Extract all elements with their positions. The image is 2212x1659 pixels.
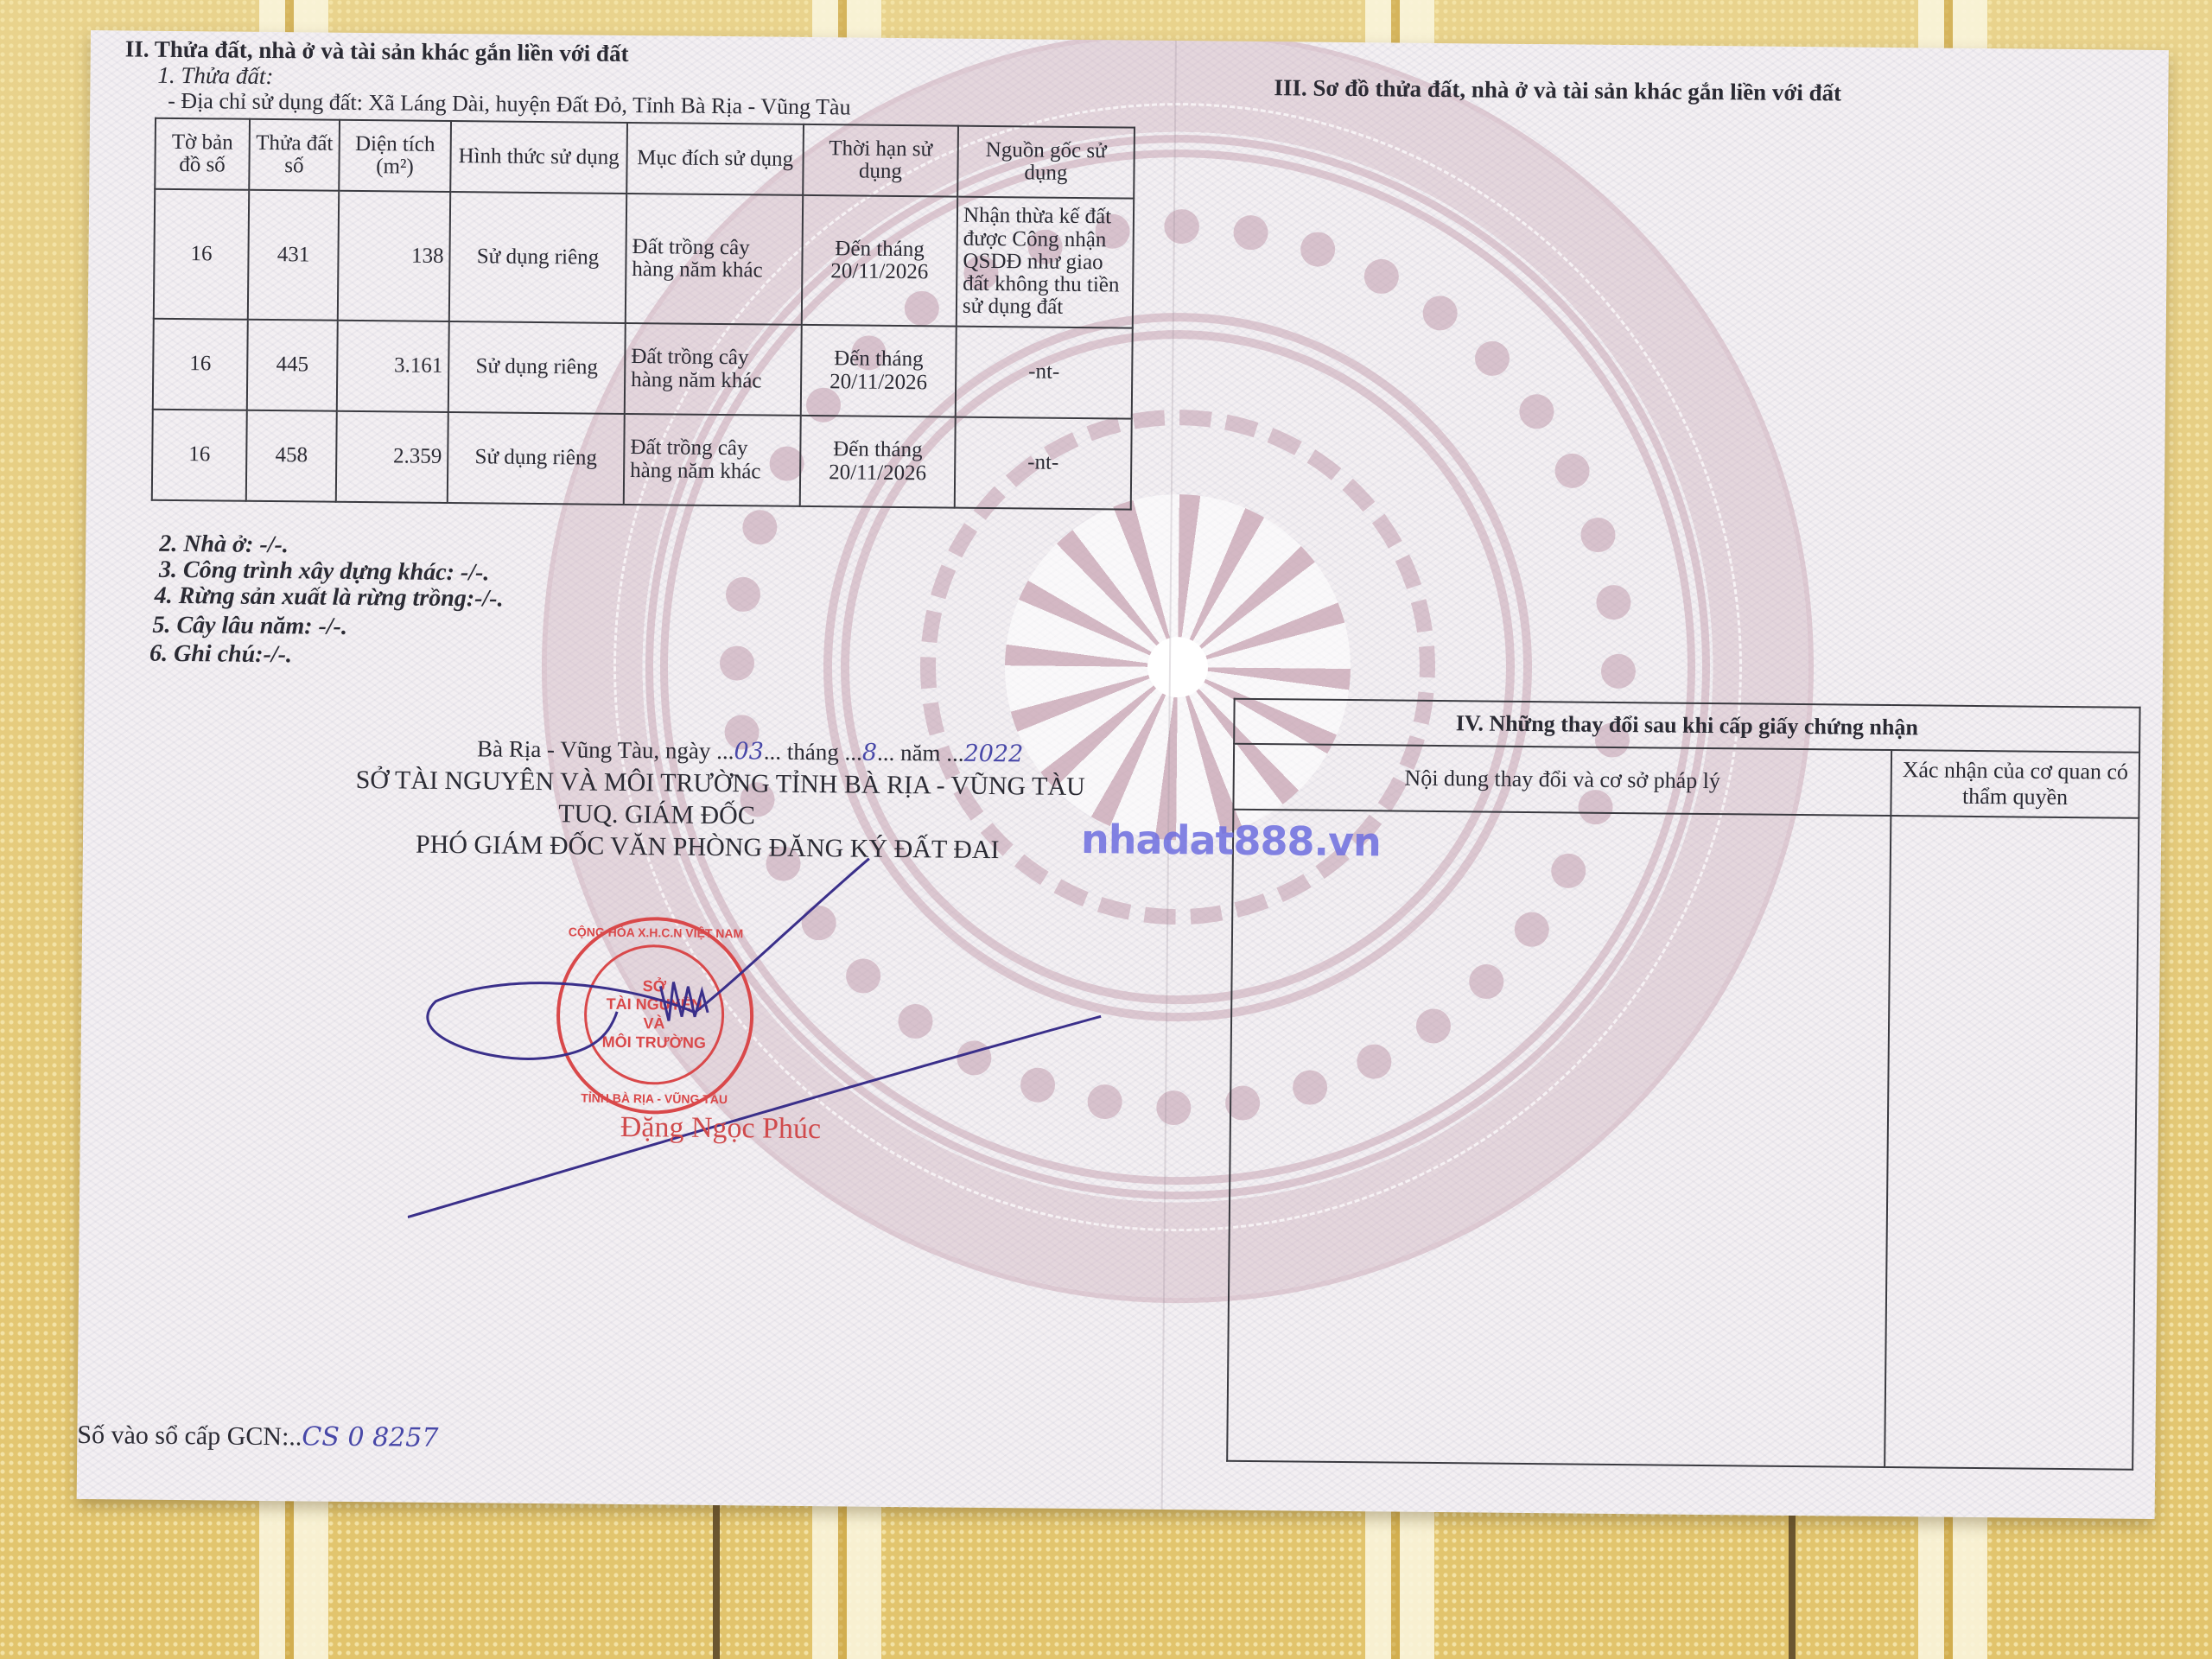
cell-term: Đến tháng 20/11/2026 [800,416,956,508]
col-header-authority-confirmation: Xác nhận của cơ quan có thẩm quyền [1891,750,2139,818]
changes-empty-row [1227,810,2139,1470]
cell-purpose: Đất trồng cây hàng năm khác [625,323,802,416]
item-house: 2. Nhà ở: -/-. [159,531,289,559]
col-header-map-sheet: Tờ bản đồ số [155,118,250,190]
cell-parcel-no: 458 [246,410,337,502]
cell-area: 3.161 [337,321,449,412]
cell-origin: -nt- [955,417,1132,510]
authority-confirmation-cell [1885,816,2139,1470]
col-header-parcel-no: Thửa đất số [249,119,340,191]
cell-term: Đến tháng 20/11/2026 [802,195,957,327]
change-content-cell [1227,810,1891,1467]
cell-use-form: Sử dụng riêng [448,412,625,505]
tile-grout-line [713,1503,720,1659]
col-header-change-content: Nội dung thay đổi và cơ sở pháp lý [1233,744,1891,816]
cell-parcel-no: 431 [248,190,339,321]
gcn-number-handwritten: CS 0 8257 [302,1421,438,1453]
cell-use-form: Sử dụng riêng [448,321,626,414]
cell-map-sheet: 16 [154,189,249,320]
table-row: 16 431 138 Sử dụng riêng Đất trồng cây h… [154,189,1134,328]
cell-origin: Nhận thừa kế đất được Công nhận QSDĐ như… [957,197,1134,328]
cell-map-sheet: 16 [153,319,248,410]
col-header-area: Diện tích (m²) [339,120,451,192]
signer-name: Đặng Ngọc Phúc [620,1111,822,1146]
cell-purpose: Đất trồng cây hàng năm khác [624,414,801,506]
item-notes: 6. Ghi chú:-/-. [149,640,292,670]
land-use-certificate: II. Thửa đất, nhà ở và tài sản khác gắn … [77,30,2169,1519]
changes-table: IV. Những thay đổi sau khi cấp giấy chứn… [1226,698,2140,1471]
tile-grout-line [1789,1503,1796,1659]
cell-area: 2.359 [336,411,448,503]
item-production-forest: 4. Rừng sản xuất là rừng trồng:-/-. [155,582,504,613]
cell-use-form: Sử dụng riêng [449,192,626,323]
col-header-term: Thời hạn sử dụng [803,124,958,197]
signature [408,837,1189,1234]
cell-map-sheet: 16 [152,410,247,501]
watermark-text: nhadat888.vn [1081,816,1381,865]
land-parcel-table: Tờ bản đồ số Thửa đất số Diện tích (m²) … [151,118,1135,511]
table-row: 16 445 3.161 Sử dụng riêng Đất trồng cây… [153,319,1133,419]
changes-header-row: Nội dung thay đổi và cơ sở pháp lý Xác n… [1233,744,2139,818]
subsection-1-title: 1. Thửa đất: [157,62,273,90]
section-3-title: III. Sơ đồ thửa đất, nhà ở và tài sản kh… [1274,74,1841,106]
issue-year: 2022 [963,741,1023,768]
cell-parcel-no: 445 [247,320,338,411]
col-header-use-form: Hình thức sử dụng [450,121,627,194]
issue-day: 03 [734,738,764,765]
col-header-purpose: Mục đích sử dụng [626,123,804,195]
item-perennial-trees: 5. Cây lâu năm: -/-. [152,612,347,641]
issue-month: 8 [862,740,877,766]
gcn-registry-number: Số vào sổ cấp GCN:..CS 0 8257 [77,1420,438,1453]
cell-purpose: Đất trồng cây hàng năm khác [626,194,803,325]
table-header-row: Tờ bản đồ số Thửa đất số Diện tích (m²) … [155,118,1135,199]
cell-origin: -nt- [956,327,1133,419]
cell-area: 138 [338,191,450,321]
issue-date-line: Bà Rịa - Vũng Tàu, ngày ...03... tháng .… [477,735,1024,767]
cell-term: Đến tháng 20/11/2026 [801,325,957,417]
on-behalf-line: TUQ. GIÁM ĐỐC [558,799,755,830]
table-row: 16 458 2.359 Sử dụng riêng Đất trồng cây… [152,410,1132,510]
col-header-origin: Nguồn gốc sử dụng [957,126,1135,199]
